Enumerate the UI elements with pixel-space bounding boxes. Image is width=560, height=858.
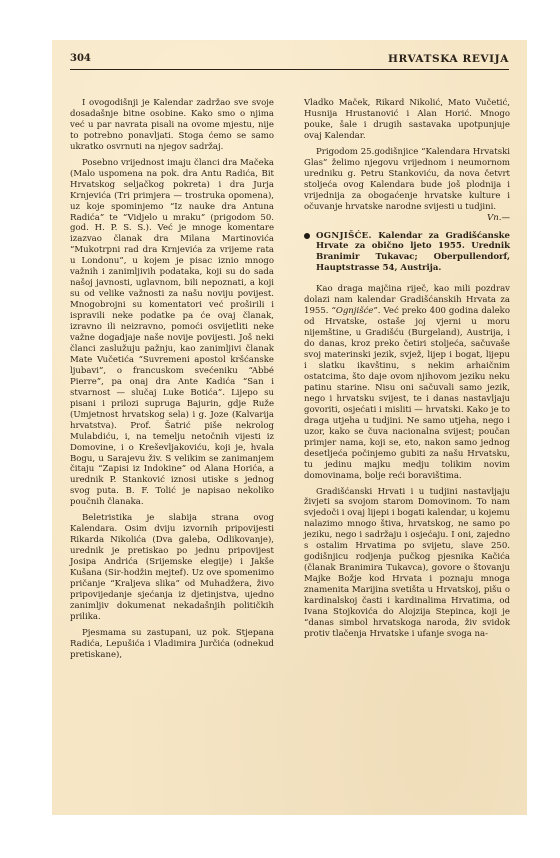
paragraph: Prigodom 25.godišnjice “Kalendara Hrvats…: [304, 147, 510, 213]
paragraph-text: . Već preko 400 godina daleko od Hrvatsk…: [304, 306, 510, 480]
italic-title: “Ognjišće”: [331, 306, 377, 316]
right-column: Vladko Maček, Rikard Nikolić, Mato Vučet…: [304, 98, 510, 645]
review-entry-heading: OGNJIŠĆE. Kalendar za Gradišćanske Hrvat…: [304, 231, 510, 275]
paragraph: Kao draga majčina riječ, kao mili pozdra…: [304, 284, 510, 481]
paragraph: Posebno vrijednost imaju članci dra Mače…: [70, 158, 274, 509]
journal-title: HRVATSKA REVIJA: [388, 53, 509, 65]
entry-title: OGNJIŠĆE.: [316, 231, 372, 241]
left-column: I ovogodišnji je Kalendar zadržao sve sv…: [70, 98, 274, 666]
paragraph: I ovogodišnji je Kalendar zadržao sve sv…: [70, 98, 274, 153]
page-number: 304: [70, 53, 91, 64]
page-header: 304 HRVATSKA REVIJA: [70, 53, 509, 70]
document-page: 304 HRVATSKA REVIJA I ovogodišnji je Kal…: [52, 40, 527, 815]
paragraph: Gradišćanski Hrvati i u tudjini nastavlj…: [304, 487, 510, 640]
paragraph-text: Prigodom 25.godišnjice “Kalendara Hrvats…: [304, 147, 510, 212]
bullet-icon: [304, 233, 310, 239]
author-signature: Vn.—: [475, 213, 510, 224]
paragraph: Beletristika je slabija strana ovog Kale…: [70, 513, 274, 623]
paragraph: Pjesmama su zastupani, uz pok. Stjepana …: [70, 628, 274, 661]
paragraph-continuation: Vladko Maček, Rikard Nikolić, Mato Vučet…: [304, 98, 510, 142]
